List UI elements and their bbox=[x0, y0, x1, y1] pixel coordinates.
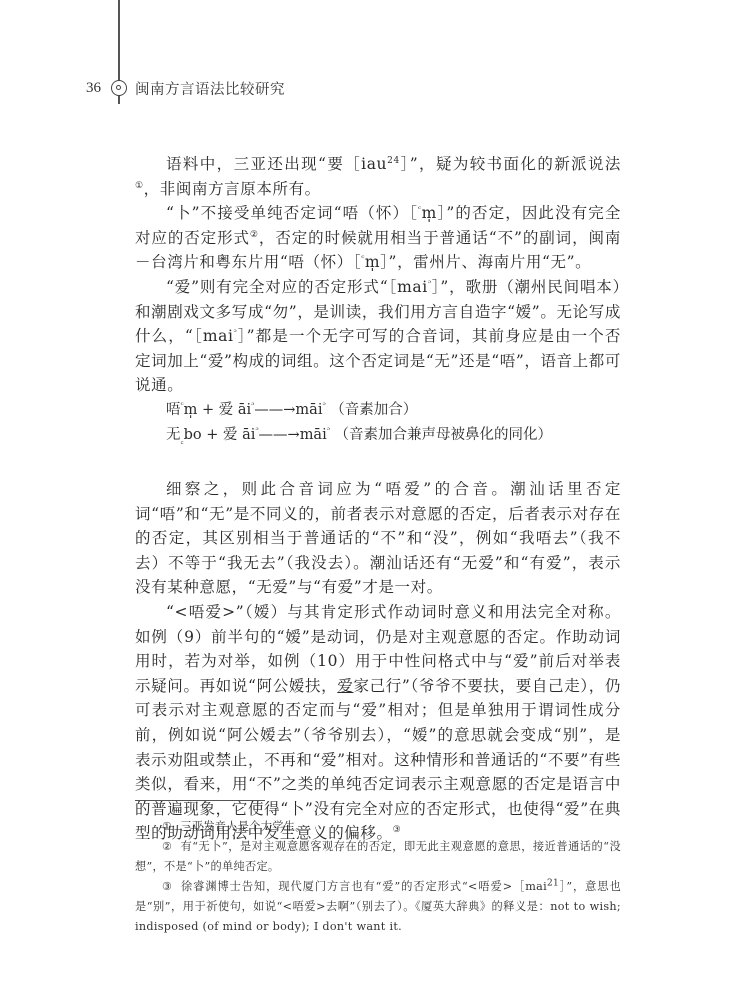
formula-1: 唔ᶜm̩ + 爱 āiᵓ——→māiᵓ （音素加合） bbox=[135, 398, 621, 423]
footnote-ref-1[interactable]: ① bbox=[135, 180, 144, 190]
tone-superscript: 21 bbox=[547, 878, 559, 888]
arrow-icon: ——→ bbox=[254, 402, 295, 418]
tone-superscript: ᵓ bbox=[322, 401, 325, 411]
footnotes: ①三亚发音人是个大学生。 ②有“无卜”，是对主观意愿客观存在的否定，即无此主观意… bbox=[135, 817, 621, 937]
text: 语料中，三亚还出现“要［iau bbox=[166, 155, 387, 173]
running-header: 36 闽南方言语法比较研究 bbox=[86, 77, 285, 99]
paragraph-5: “<唔爱>”（嫒）与其肯定形式作动词时意义和用法完全对称。如例（9）前半句的“嫒… bbox=[135, 600, 621, 846]
formula-note: （音素加合兼声母被鼻化的同化） bbox=[334, 427, 552, 443]
footnote-mark: ③ bbox=[162, 880, 173, 893]
text: m̩ + 爱 āi bbox=[184, 402, 252, 418]
footnote-3: ③徐睿渊博士告知，现代厦门方言也有“爱”的否定形式“<唔爱>［mai21］”，意… bbox=[135, 877, 621, 937]
footnote-text: 徐睿渊博士告知，现代厦门方言也有“爱”的否定形式“<唔爱>［mai bbox=[181, 880, 547, 893]
book-title: 闽南方言语法比较研究 bbox=[135, 78, 285, 99]
text: 无 bbox=[166, 427, 181, 443]
text: 唔 bbox=[166, 402, 181, 418]
text: māi bbox=[300, 427, 327, 443]
footnote-2: ②有“无卜”，是对主观意愿客观存在的否定，即无此主观意愿的意思，接近普通话的“没… bbox=[135, 837, 621, 877]
text: māi bbox=[295, 402, 322, 418]
text: ］”，疑为较书面化的新派说法 bbox=[400, 155, 621, 173]
underlined-text: 爱 bbox=[337, 677, 353, 695]
formula-note: （音素加合） bbox=[330, 402, 417, 418]
footnote-mark: ① bbox=[162, 820, 172, 833]
footnote-ref-2[interactable]: ② bbox=[250, 230, 259, 240]
text: “爱”则有完全对应的否定形式“［mai bbox=[166, 278, 428, 296]
spacer bbox=[135, 453, 621, 477]
paragraph-3: “爱”则有完全对应的否定形式“［maiᵓ］”，歌册（潮州民间唱本）和潮剧戏文多写… bbox=[135, 275, 621, 398]
formula-2: 无꜀bo + 爱 āiᵓ——→māiᵓ （音素加合兼声母被鼻化的同化） bbox=[135, 423, 621, 453]
footnote-1: ①三亚发音人是个大学生。 bbox=[135, 817, 621, 837]
page-number: 36 bbox=[86, 80, 110, 97]
footnote-text: 有“无卜”，是对主观意愿客观存在的否定，即无此主观意愿的意思，接近普通话的“没想… bbox=[135, 840, 621, 873]
paragraph-1: 语料中，三亚还出现“要［iau24］”，疑为较书面化的新派说法①，非闽南方言原本… bbox=[135, 152, 621, 201]
tone-superscript: 24 bbox=[387, 156, 400, 166]
arrow-icon: ——→ bbox=[259, 427, 300, 443]
text: ，非闽南方言原本所有。 bbox=[144, 180, 321, 198]
footnote-separator bbox=[135, 800, 265, 801]
tone-superscript: ᵓ bbox=[327, 426, 330, 436]
main-text: 语料中，三亚还出现“要［iau24］”，疑为较书面化的新派说法①，非闽南方言原本… bbox=[135, 152, 621, 846]
footnote-text: 三亚发音人是个大学生。 bbox=[180, 820, 306, 833]
footnote-mark: ② bbox=[162, 840, 173, 853]
text: bo + 爱 āi bbox=[184, 427, 256, 443]
paragraph-2: “卜”不接受单纯否定词“唔（怀）［ᶜm̩］”的否定，因此没有完全对应的否定形式②… bbox=[135, 201, 621, 275]
text: m̩］”，雷州片、海南片用“无”。 bbox=[365, 253, 591, 271]
text: “卜”不接受单纯否定词“唔（怀）［ bbox=[166, 204, 418, 222]
paragraph-4: 细察之，则此合音词应为“唔爱”的合音。潮汕话里否定词“唔”和“无”是不同义的，前… bbox=[135, 477, 621, 600]
circled-dot-ornament-icon bbox=[111, 80, 127, 96]
